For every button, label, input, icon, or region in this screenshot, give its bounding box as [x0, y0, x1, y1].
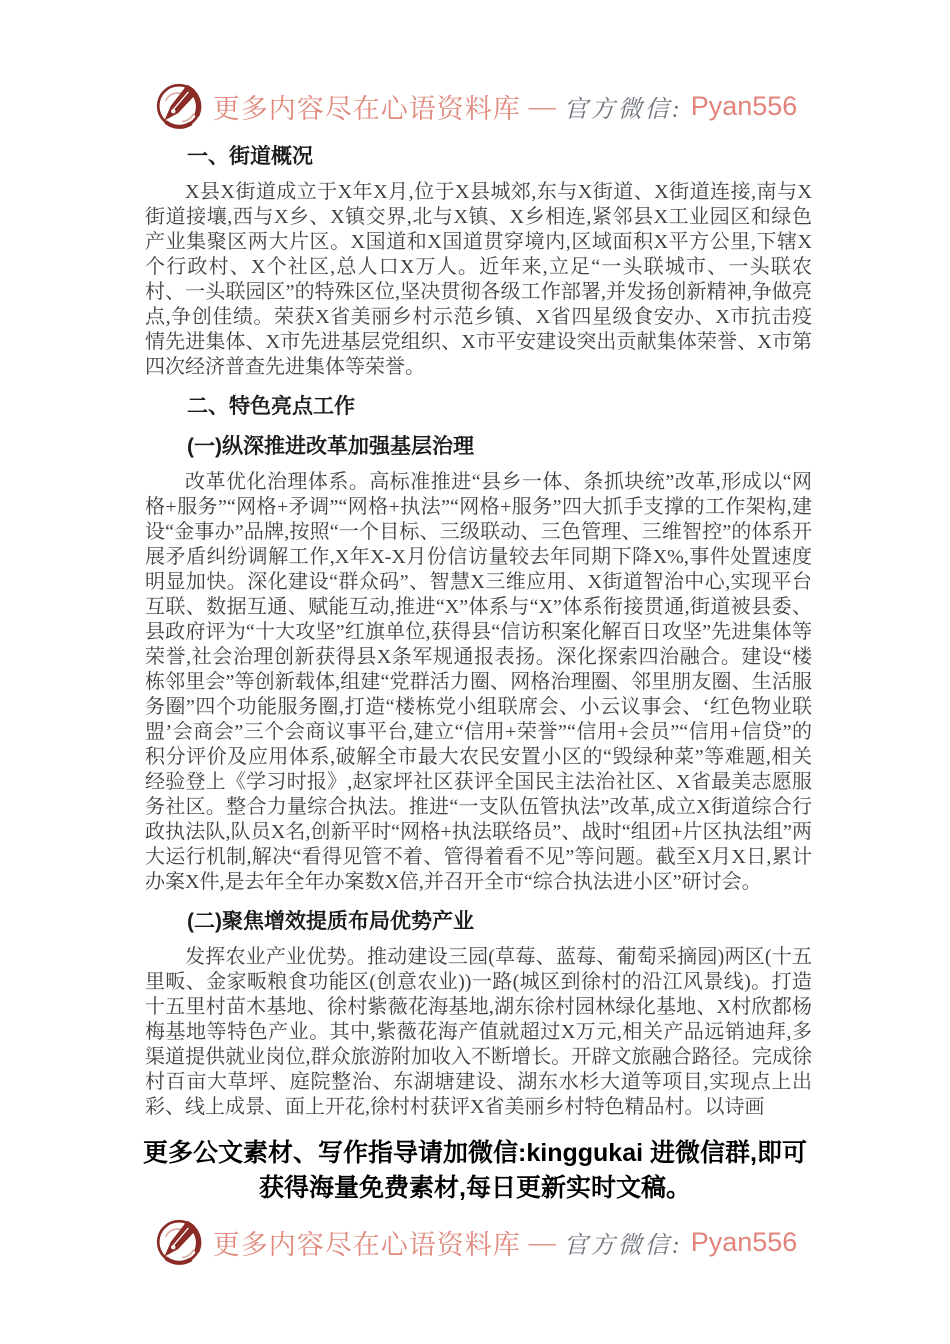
subheading-advantage-industry: (二)聚焦增效提质布局优势产业: [145, 909, 812, 935]
paragraph-advantage-industry: 发挥农业产业优势。推动建设三园(草莓、蓝莓、葡萄采摘园)两区(十五里畈、金家畈粮…: [145, 945, 812, 1120]
pen-circle-logo-icon: [153, 80, 205, 132]
wechat-id: Pyan556: [691, 1227, 798, 1258]
brand-dash: —: [529, 1227, 556, 1258]
promo-line-1: 更多公文素材、写作指导请加微信:kinggukai 进微信群,即可: [0, 1136, 950, 1171]
brand-site-text: 更多内容尽在心语资料库: [213, 87, 521, 126]
promo-banner: 更多公文素材、写作指导请加微信:kinggukai 进微信群,即可 获得海量免费…: [0, 1136, 950, 1206]
paragraph-street-overview: X县X街道成立于X年X月,位于X县城郊,东与X街道、X街道连接,南与X街道接壤,…: [145, 180, 812, 380]
document-page: 更多内容尽在心语资料库—官方微信: Pyan556 一、街道概况 X县X街道成立…: [0, 0, 950, 1344]
subheading-grassroots-governance: (一)纵深推进改革加强基层治理: [145, 434, 812, 460]
document-body: 一、街道概况 X县X街道成立于X年X月,位于X县城郊,东与X街道、X街道连接,南…: [145, 144, 812, 1120]
heading-highlight-work: 二、特色亮点工作: [145, 394, 812, 420]
wechat-id: Pyan556: [691, 91, 798, 122]
wechat-label: 官方微信:: [564, 89, 683, 124]
brand-site-text: 更多内容尽在心语资料库: [213, 1223, 521, 1262]
brand-footer: 更多内容尽在心语资料库—官方微信: Pyan556: [0, 1216, 950, 1268]
brand-header: 更多内容尽在心语资料库—官方微信: Pyan556: [0, 0, 950, 132]
heading-street-overview: 一、街道概况: [145, 144, 812, 170]
paragraph-grassroots-governance: 改革优化治理体系。高标准推进“县乡一体、条抓块统”改革,形成以“网格+服务”“网…: [145, 470, 812, 895]
pen-circle-logo-icon: [153, 1216, 205, 1268]
brand-dash: —: [529, 91, 556, 122]
wechat-label: 官方微信:: [564, 1225, 683, 1260]
promo-line-2: 获得海量免费素材,每日更新实时文稿。: [0, 1171, 950, 1206]
